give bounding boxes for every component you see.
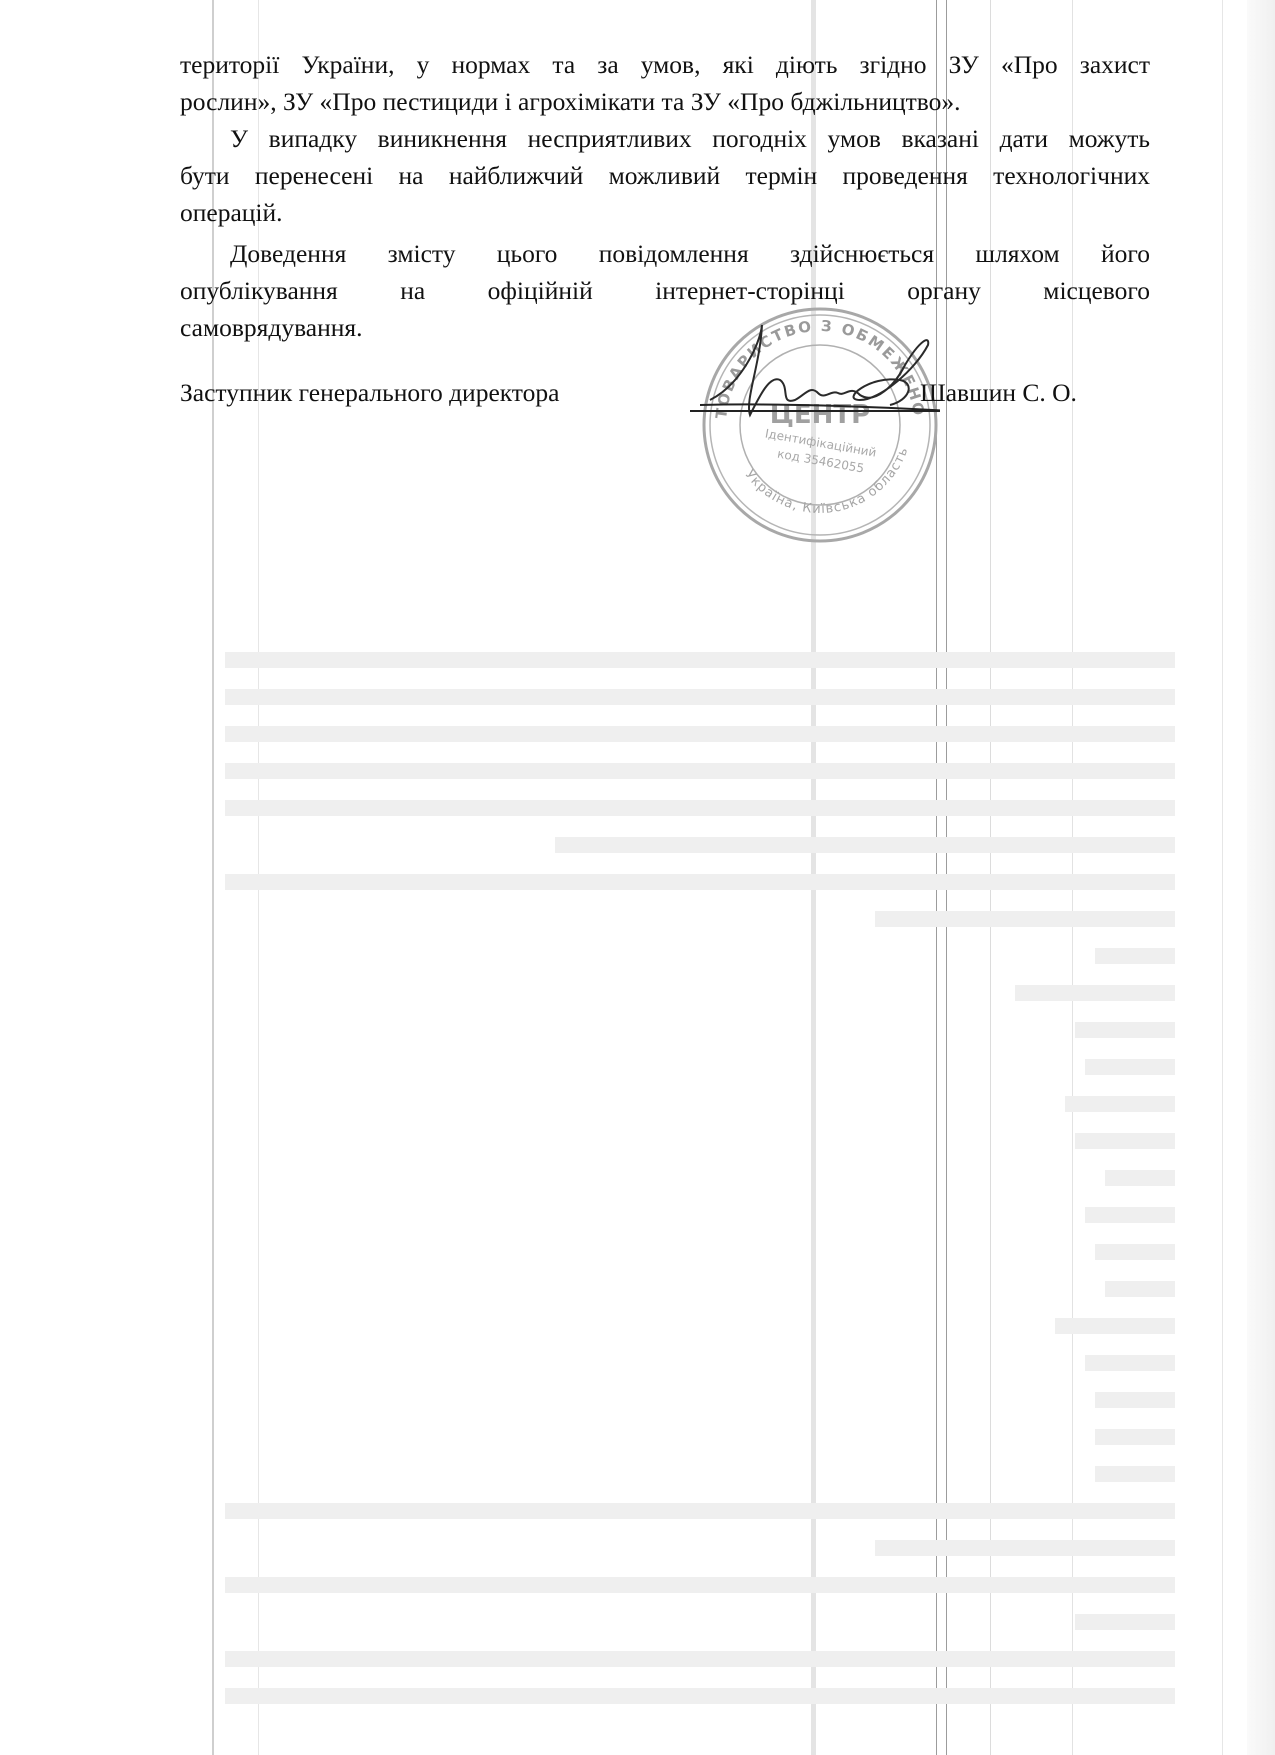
company-stamp: ТОВАРИСТВО З ОБМЕЖЕНОЮ ВІДПОВІДАЛЬНІСТЮ …	[700, 305, 940, 545]
text-line: рослин», ЗУ «Про пестициди і агрохімікат…	[180, 83, 1150, 120]
text-line: Доведення змісту цього повідомлення здій…	[180, 235, 1150, 272]
text-line: операцій.	[180, 194, 1150, 231]
stamp-seal-icon: ТОВАРИСТВО З ОБМЕЖЕНОЮ ВІДПОВІДАЛЬНІСТЮ …	[700, 305, 940, 545]
document-page: території України, у нормах та за умов, …	[0, 0, 1275, 1755]
paragraph-legal-basis: території України, у нормах та за умов, …	[180, 46, 1150, 120]
paragraph-publication-notice: Доведення змісту цього повідомлення здій…	[180, 235, 1150, 346]
text-line: території України, у нормах та за умов, …	[180, 46, 1150, 83]
text-line: У випадку виникнення несприятливих погод…	[180, 120, 1150, 157]
reverse-side-bleed-through	[175, 640, 1175, 1713]
text-line: бути перенесені на найближчий можливий т…	[180, 157, 1150, 194]
scan-line	[1222, 0, 1223, 1755]
text-line: опублікування на офіційній інтернет-стор…	[180, 272, 1150, 309]
paragraph-weather-notice: У випадку виникнення несприятливих погод…	[180, 120, 1150, 231]
signatory-title: Заступник генерального директора	[180, 378, 559, 408]
text-line: самоврядування.	[180, 309, 1150, 346]
signature-line	[690, 410, 940, 412]
page-edge-shadow	[1247, 0, 1275, 1755]
signatory-name: Шавшин С. О.	[920, 378, 1077, 408]
